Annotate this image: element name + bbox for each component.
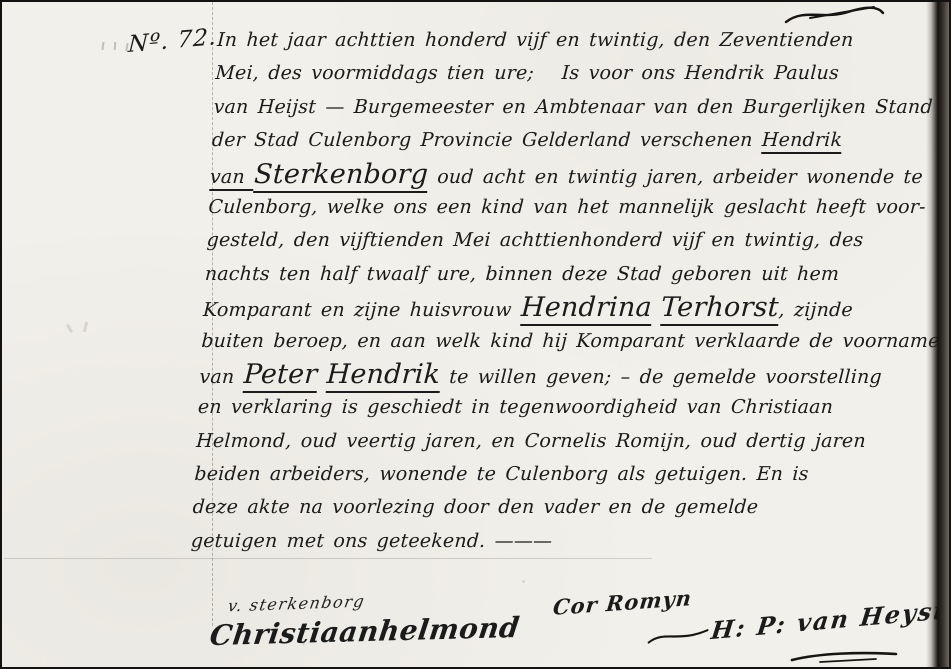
body-line: beiden arbeiders, wonende te Culenborg a… — [194, 458, 910, 491]
body-text-segment: Komparant en zijne huisvrouw — [202, 299, 521, 321]
signature-flourish-icon — [790, 650, 900, 664]
body-text-segment: Hendrik — [761, 129, 843, 154]
body-line: nachts ten half twaalf ure, binnen deze … — [204, 258, 920, 291]
signature-officiant-text: H: P: van Heyst. — [710, 594, 951, 645]
body-line: Culenborg, welke ons een kind van het ma… — [208, 191, 924, 224]
ruled-line — [4, 558, 652, 559]
body-line: der Stad Culenborg Provincie Gelderland … — [211, 124, 927, 157]
body-text-segment: van — [199, 366, 244, 388]
body-line: en verklaring is geschiedt in tegenwoord… — [197, 391, 913, 424]
body-line: In het jaar achttien honderd vijf en twi… — [216, 24, 932, 57]
body-line: van Peter Hendrik te willen geven; – de … — [199, 358, 915, 391]
body-text-segment: beiden arbeiders, wonende te Culenborg a… — [194, 463, 809, 485]
paper-smudge — [101, 42, 104, 50]
body-text-segment: , zijnde — [778, 299, 853, 321]
body-text-segment: deze akte na voorlezing door den vader e… — [192, 496, 759, 518]
body-text-segment: en verklaring is geschiedt in tegenwoord… — [197, 396, 833, 418]
body-line: Komparant en zijne huisvrouw Hendrina Te… — [202, 291, 918, 324]
body-text-segment: Hendrina — [520, 292, 653, 326]
body-line: van Sterkenborg oud acht en twintig jare… — [209, 158, 925, 191]
body-text-segment: Hendrik — [326, 359, 441, 393]
body-text-segment: Helmond, oud veertig jaren, en Cornelis … — [196, 430, 867, 452]
signature-officiant: H: P: van Heyst. — [646, 594, 951, 650]
body-text-segment: Peter — [243, 359, 318, 393]
body-text-segment: Terhorst — [660, 292, 779, 326]
document-body: In het jaar achttien honderd vijf en twi… — [190, 24, 932, 558]
paper-smudge — [83, 322, 88, 332]
signature-father: v. sterkenborg — [226, 592, 367, 616]
body-text-segment: der Stad Culenborg Provincie Gelderland … — [211, 129, 762, 151]
body-text-segment: In het jaar achttien honderd vijf en twi… — [217, 29, 854, 51]
body-text-segment: Sterkenborg — [253, 159, 429, 193]
pen-swirl-icon — [646, 624, 710, 648]
record-number: Nº. 72. — [127, 24, 217, 58]
body-text-segment: nachts ten half twaalf ure, binnen deze … — [204, 263, 839, 285]
body-line: getuigen met ons geteekend. ——— — [190, 525, 906, 558]
document-page: Nº. 72. In het jaar achttien honderd vij… — [0, 0, 951, 669]
body-text-segment: Culenborg, welke ons een kind van het ma… — [208, 196, 926, 218]
body-line: gesteld, den vijftienden Mei achttienhon… — [206, 224, 922, 257]
paper-smudge — [522, 580, 525, 583]
paper-smudge — [114, 42, 117, 50]
signature-witness-christiaan: Christiaanhelmond — [208, 611, 522, 652]
body-line: deze akte na voorlezing door den vader e… — [192, 491, 908, 524]
body-text-segment: gesteld, den vijftienden Mei achttienhon… — [206, 229, 864, 251]
body-text-segment: van — [209, 166, 254, 191]
body-line: Helmond, oud veertig jaren, en Cornelis … — [195, 425, 911, 458]
body-text-segment: oud acht en twintig jaren, arbeider wone… — [427, 166, 923, 188]
body-text-segment: getuigen met ons geteekend. ——— — [190, 530, 553, 552]
body-line: Mei, des voormiddags tien ure; Is voor o… — [215, 57, 931, 90]
body-text-segment: buiten beroep, en aan welk kind hij Komp… — [201, 330, 951, 352]
body-text-segment: Mei, des voormiddags tien ure; Is voor o… — [215, 62, 840, 84]
body-line: buiten beroep, en aan welk kind hij Komp… — [201, 325, 917, 358]
body-text-segment: van Heijst — Burgemeester en Ambtenaar v… — [213, 96, 933, 118]
body-line: van Heijst — Burgemeester en Ambtenaar v… — [213, 91, 929, 124]
body-text-segment: te willen geven; – de gemelde voorstelli… — [440, 366, 883, 388]
paper-smudge — [66, 324, 73, 333]
page-edge-shadow — [926, 2, 949, 667]
signature-witness-cor: Cor Romyn — [552, 585, 694, 620]
